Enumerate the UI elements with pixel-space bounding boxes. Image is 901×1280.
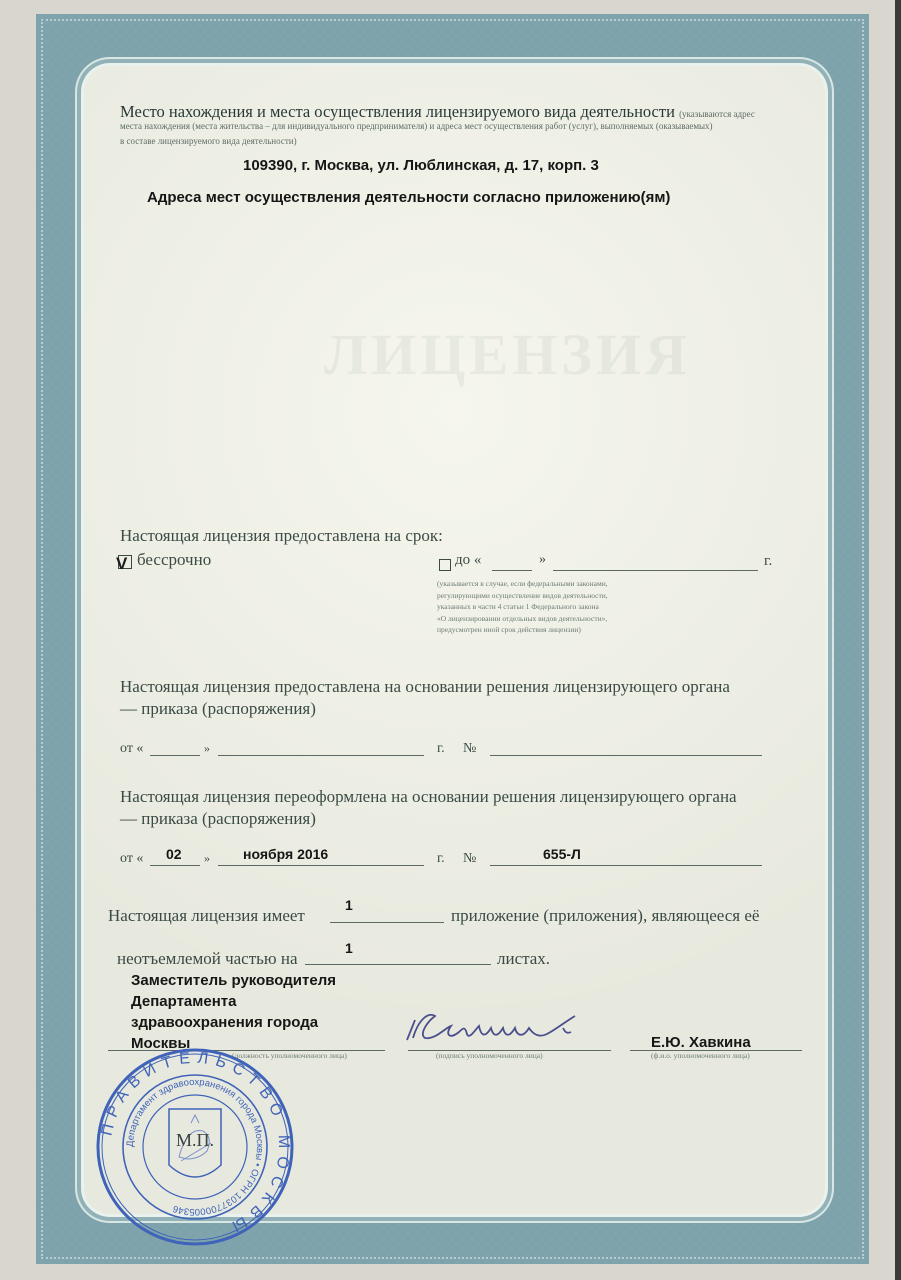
term-note-line: предусмотрен иной срок действия лицензии…: [437, 624, 608, 636]
appendix-count-value: 1: [345, 897, 353, 913]
granted-number-field[interactable]: [490, 755, 762, 756]
location-heading-text: Место нахождения и места осуществления л…: [120, 102, 675, 121]
license-address: 109390, г. Москва, ул. Люблинская, д. 17…: [243, 157, 599, 174]
appendix-line-2-after: листах.: [497, 949, 550, 969]
granted-month-year-field[interactable]: [218, 755, 424, 756]
term-until-date-line[interactable]: [553, 570, 758, 571]
location-note-line-2: места нахождения (места жительства – для…: [120, 121, 713, 131]
term-note-line: регулирующими осуществление видов деятел…: [437, 590, 608, 602]
signatory-name: Е.Ю. Хавкина: [651, 1034, 751, 1051]
granted-number-label: №: [463, 741, 476, 757]
reissued-from-label: от «: [120, 851, 143, 867]
term-note-line: (указывается в случае, если федеральными…: [437, 578, 608, 590]
granted-from-label: от «: [120, 741, 143, 757]
reissued-line-2: — приказа (распоряжения): [120, 809, 316, 829]
check-icon: V: [116, 554, 127, 574]
location-note: (указываются адрес: [679, 109, 755, 119]
handwritten-signature: [405, 1010, 615, 1046]
term-note-line: «О лицензировании отдельных видов деятел…: [437, 613, 608, 625]
reissued-quote: »: [204, 851, 210, 866]
watermark: ЛИЦЕНЗИЯ: [324, 321, 691, 388]
background-edge: [895, 0, 901, 1280]
reissued-number-label: №: [463, 851, 476, 867]
reissued-number-value: 655-Л: [543, 846, 581, 862]
term-until-day-line[interactable]: [492, 570, 532, 571]
reissued-day-field[interactable]: [150, 865, 200, 866]
location-note-line-3: в составе лицензируемого вида деятельнос…: [120, 136, 297, 146]
reissued-year-suffix: г.: [437, 851, 445, 867]
appendix-line-1-after: приложение (приложения), являющееся её: [451, 906, 759, 926]
granted-day-field[interactable]: [150, 755, 200, 756]
appendix-line-1-before: Настоящая лицензия имеет: [108, 906, 305, 926]
checkbox-until-date[interactable]: [439, 559, 451, 571]
reissued-day-value: 02: [166, 846, 182, 862]
appendix-sheets-value: 1: [345, 940, 353, 956]
term-until-quote: »: [539, 552, 546, 568]
official-seal-stamp: ПРАВИТЕЛЬСТВО МОСКВЫ Департамент здравоо…: [95, 1047, 295, 1247]
term-note: (указывается в случае, если федеральными…: [437, 578, 608, 636]
position-line: здравоохранения города: [131, 1012, 336, 1033]
term-until-year: г.: [764, 553, 772, 570]
reissued-month-year-field[interactable]: [218, 865, 424, 866]
term-heading: Настоящая лицензия предоставлена на срок…: [120, 526, 443, 546]
reissued-month-year-value: ноября 2016: [243, 846, 328, 862]
reissued-number-field[interactable]: [490, 865, 762, 866]
term-note-line: указанных в части 4 статьи 1 Федеральног…: [437, 601, 608, 613]
stamp-place-mark: М.П.: [176, 1130, 214, 1150]
location-heading: Место нахождения и места осуществления л…: [120, 102, 755, 122]
signatory-position: Заместитель руководителя Департамента зд…: [131, 970, 336, 1054]
appendix-line-2-before: неотъемлемой частью на: [117, 949, 298, 969]
appendix-count-field[interactable]: [330, 922, 444, 923]
granted-year-suffix: г.: [437, 741, 445, 757]
reissued-line-1: Настоящая лицензия переоформлена на осно…: [120, 787, 737, 807]
address-note: Адреса мест осуществления деятельности с…: [147, 189, 670, 206]
appendix-sheets-field[interactable]: [305, 964, 491, 965]
granted-quote: »: [204, 741, 210, 756]
signature-caption: (подпись уполномоченного лица): [436, 1050, 543, 1062]
term-unlimited-label: бессрочно: [137, 550, 211, 570]
position-line: Департамента: [131, 991, 336, 1012]
granted-line-1: Настоящая лицензия предоставлена на осно…: [120, 677, 730, 697]
position-line: Заместитель руководителя: [131, 970, 336, 991]
name-caption: (ф.и.о. уполномоченного лица): [651, 1050, 750, 1062]
granted-line-2: — приказа (распоряжения): [120, 699, 316, 719]
term-until-label: до «: [455, 552, 481, 569]
